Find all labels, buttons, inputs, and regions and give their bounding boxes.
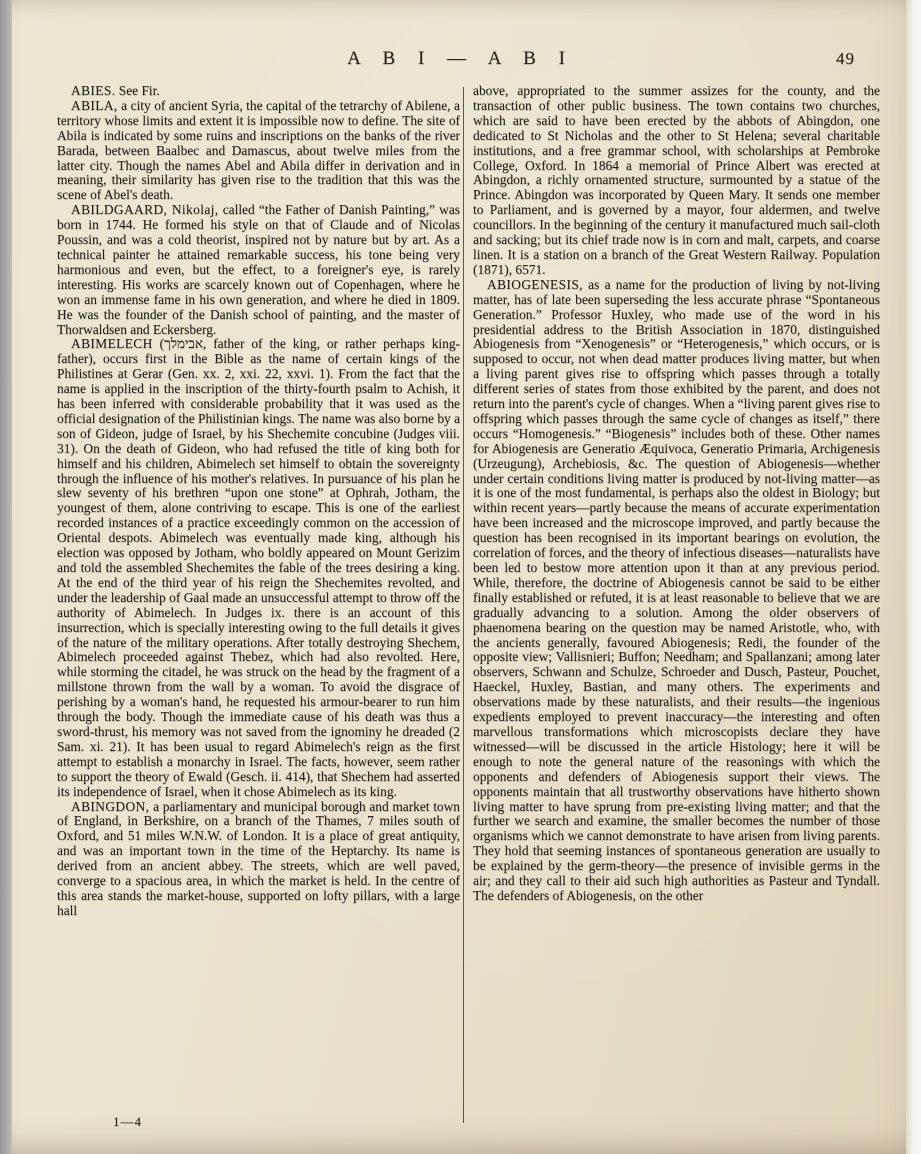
entry-abiogenesis: ABIOGENESIS, as a name for the productio… (473, 278, 880, 904)
page-number: 49 (836, 49, 855, 69)
scan-edge-right (906, 0, 921, 1154)
entry-term: ABILA, (71, 98, 118, 113)
entry-abingdon: ABINGDON, a parliamentary and municipal … (57, 800, 460, 919)
entry-term: ABINGDON, (71, 799, 149, 814)
column-divider-rule (463, 87, 464, 1123)
entry-term: ABIOGENESIS, (487, 277, 583, 292)
entry-text: above, appropriated to the summer assize… (473, 84, 880, 277)
entry-abila: ABILA, a city of ancient Syria, the capi… (57, 99, 460, 203)
left-column: ABIES. See Fir. ABILA, a city of ancient… (57, 84, 460, 1124)
right-column: above, appropriated to the summer assize… (473, 84, 880, 1130)
entry-abies: ABIES. See Fir. (57, 84, 460, 99)
signature-mark: 1—4 (113, 1114, 142, 1130)
running-head: A B I — A B I (0, 48, 921, 70)
entry-term: ABILDGAARD, Nikolaj, (71, 202, 219, 217)
page-surface: A B I — A B I 49 ABIES. See Fir. ABILA, … (0, 0, 921, 1154)
entry-text: a parliamentary and municipal borough an… (57, 799, 460, 918)
entry-abildgaard: ABILDGAARD, Nikolaj, called “the Father … (57, 203, 460, 337)
entry-text: called “the Father of Danish Painting,” … (57, 202, 460, 336)
scan-edge-left (0, 0, 12, 1154)
entry-term: ABIES. (71, 84, 115, 98)
entry-abingdon-continuation: above, appropriated to the summer assize… (473, 84, 880, 278)
scanned-page: { "header": { "running_head": "A B I — A… (0, 0, 921, 1154)
entry-term: ABIMELECH (71, 336, 153, 351)
entry-text: a city of ancient Syria, the capital of … (57, 98, 460, 202)
entry-text: as a name for the production of living b… (473, 277, 880, 903)
entry-text: See Fir. (115, 84, 159, 98)
entry-text: (אבימלך, father of the king, or rather p… (57, 336, 460, 798)
entry-abimelech: ABIMELECH (אבימלך, father of the king, o… (57, 337, 460, 799)
